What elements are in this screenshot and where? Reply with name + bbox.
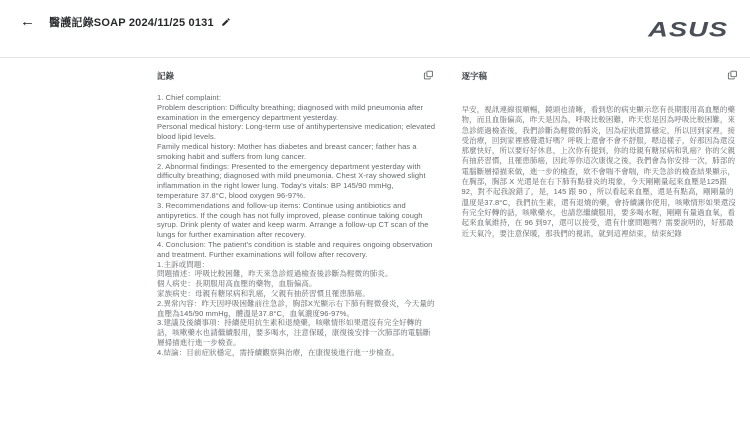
transcript-paragraph: 早安，視訊連線很順暢，鏡頭也清晰，看到您的病史顯示您有長期服用高血壓的藥物，而且… bbox=[462, 105, 741, 239]
transcript-column: 逐字稿 早安，視訊連線很順暢，鏡頭也清晰，看到您的病史顯示您有長期服用高血壓的藥… bbox=[460, 66, 743, 358]
records-paragraph: 3.建議及後續事項：持續使用抗生素和退燒藥，咳嗽情形如果還沒有完全好轉的話，咳嗽… bbox=[157, 318, 436, 347]
records-paragraph: 1. Chief complaint: bbox=[157, 93, 436, 103]
copy-transcript-button[interactable] bbox=[725, 68, 740, 83]
records-paragraph: Family medical history: Mother has diabe… bbox=[157, 142, 436, 162]
records-paragraph: 4. Conclusion: The patient's condition i… bbox=[157, 240, 436, 260]
records-paragraph: 個人病史：長期服用高血壓的藥物，血脂偏高。 bbox=[157, 279, 436, 289]
copy-records-button[interactable] bbox=[421, 68, 436, 83]
back-button[interactable]: ← bbox=[16, 12, 39, 31]
records-header: 記錄 bbox=[155, 66, 438, 83]
records-paragraph: 家族病史：母親有糖尿病和乳癌，父親有抽菸習慣且罹患肺癌。 bbox=[157, 289, 436, 299]
records-paragraph: 問題描述：呼吸比較困難，昨天來急診經過檢查後診斷為輕微的肺炎。 bbox=[157, 269, 436, 279]
copy-icon bbox=[423, 70, 434, 81]
records-body: 1. Chief complaint:Problem description: … bbox=[155, 93, 438, 358]
content-columns: 記錄 1. Chief complaint:Problem descriptio… bbox=[155, 66, 742, 358]
transcript-header: 逐字稿 bbox=[460, 66, 743, 83]
records-label: 記錄 bbox=[157, 70, 174, 82]
transcript-label: 逐字稿 bbox=[462, 70, 488, 82]
records-column: 記錄 1. Chief complaint:Problem descriptio… bbox=[155, 66, 438, 358]
records-paragraph: Problem description: Difficulty breathin… bbox=[157, 103, 436, 123]
header-divider bbox=[0, 57, 750, 58]
edit-pencil-icon bbox=[221, 17, 231, 27]
transcript-body: 早安，視訊連線很順暢，鏡頭也清晰，看到您的病史顯示您有長期服用高血壓的藥物，而且… bbox=[460, 105, 743, 239]
copy-icon bbox=[727, 70, 738, 81]
records-paragraph: 2. Abnormal findings: Presented to the e… bbox=[157, 162, 436, 201]
edit-title-button[interactable] bbox=[221, 17, 231, 27]
asus-logo: ASUS bbox=[648, 17, 728, 42]
records-paragraph: Personal medical history: Long-term use … bbox=[157, 122, 436, 142]
records-paragraph: 2.異常內容：昨天因呼吸困難前往急診，胸部X光顯示右下肺有輕微發炎，今天量的血壓… bbox=[157, 299, 436, 319]
top-bar: ← 醫護記錄SOAP 2024/11/25 0131 ASUS bbox=[0, 0, 750, 57]
records-paragraph: 1.主訴或問題： bbox=[157, 260, 436, 270]
records-paragraph: 4.結論：目前症狀穩定，需持續觀察與治療，在康復後進行進一步檢查。 bbox=[157, 348, 436, 358]
records-paragraph: 3. Recommendations and follow-up items: … bbox=[157, 201, 436, 240]
page-title: 醫護記錄SOAP 2024/11/25 0131 bbox=[49, 14, 214, 30]
